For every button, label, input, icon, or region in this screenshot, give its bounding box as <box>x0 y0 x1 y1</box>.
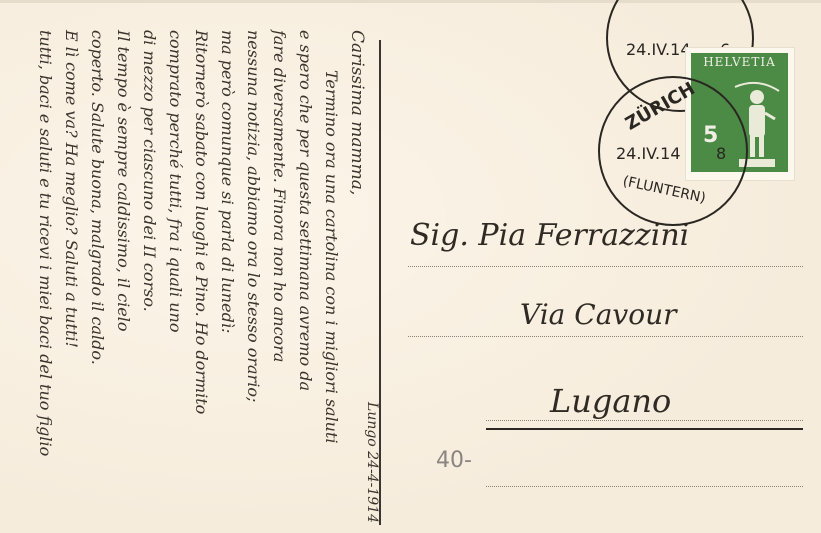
postmark-city: ZÜRICH <box>622 78 699 134</box>
message-line: coperto. Salute buona, malgrado il caldo… <box>84 30 110 515</box>
stamp-country: HELVETIA <box>691 55 788 69</box>
message-line: Termino ora una cartolina con i migliori… <box>318 30 344 515</box>
postmark-district: (FLUNTERN) <box>621 173 707 206</box>
message-rotated: Lungo 24-4-1914 Carissima mamma, Termino… <box>0 0 380 533</box>
address-line <box>408 336 803 337</box>
message-section: Lungo 24-4-1914 Carissima mamma, Termino… <box>0 0 380 533</box>
message-line: e spero che per questa settimana avremo … <box>292 30 318 515</box>
message-line: fare diversamente. Finora non ho ancora <box>266 30 292 515</box>
postmark-2: ZÜRICH 24.IV.14 8 (FLUNTERN) <box>598 76 748 226</box>
address-line <box>408 266 803 267</box>
pencil-note: 40- <box>436 448 472 473</box>
address-line <box>486 420 803 421</box>
postcard-back: Lungo 24-4-1914 Carissima mamma, Termino… <box>0 0 821 533</box>
message-line: di mezzo per ciascuno dei II corso. <box>136 30 162 515</box>
city-underline <box>486 428 803 430</box>
postmark-hour: 8 <box>716 144 726 163</box>
postmark-date: 24.IV.14 <box>626 40 691 59</box>
message-line: nessuna notizia, abbiamo ora lo stesso o… <box>240 30 266 515</box>
message-line: comprato perché tutti, fra i quali uno <box>162 30 188 515</box>
message-date: Lungo 24-4-1914 <box>364 402 380 523</box>
message-line: tutti, baci e saluti e tu ricevi i miei … <box>32 30 58 515</box>
message-line: Ritornerò sabato con luoghi e Pino. Ho d… <box>188 30 214 515</box>
message-line: Il tempo è sempre caldissimo, il cielo <box>110 30 136 515</box>
message-line: ma però comunque si parla di lunedì: <box>214 30 240 515</box>
recipient-name: Sig. Pia Ferrazzini <box>410 218 689 253</box>
address-line <box>486 486 803 487</box>
postmark-date: 24.IV.14 <box>616 144 681 163</box>
street: Via Cavour <box>520 298 677 331</box>
city: Lugano <box>550 382 671 420</box>
message-line: E lì come va? Ha meglio? Saluti a tutti! <box>58 30 84 515</box>
